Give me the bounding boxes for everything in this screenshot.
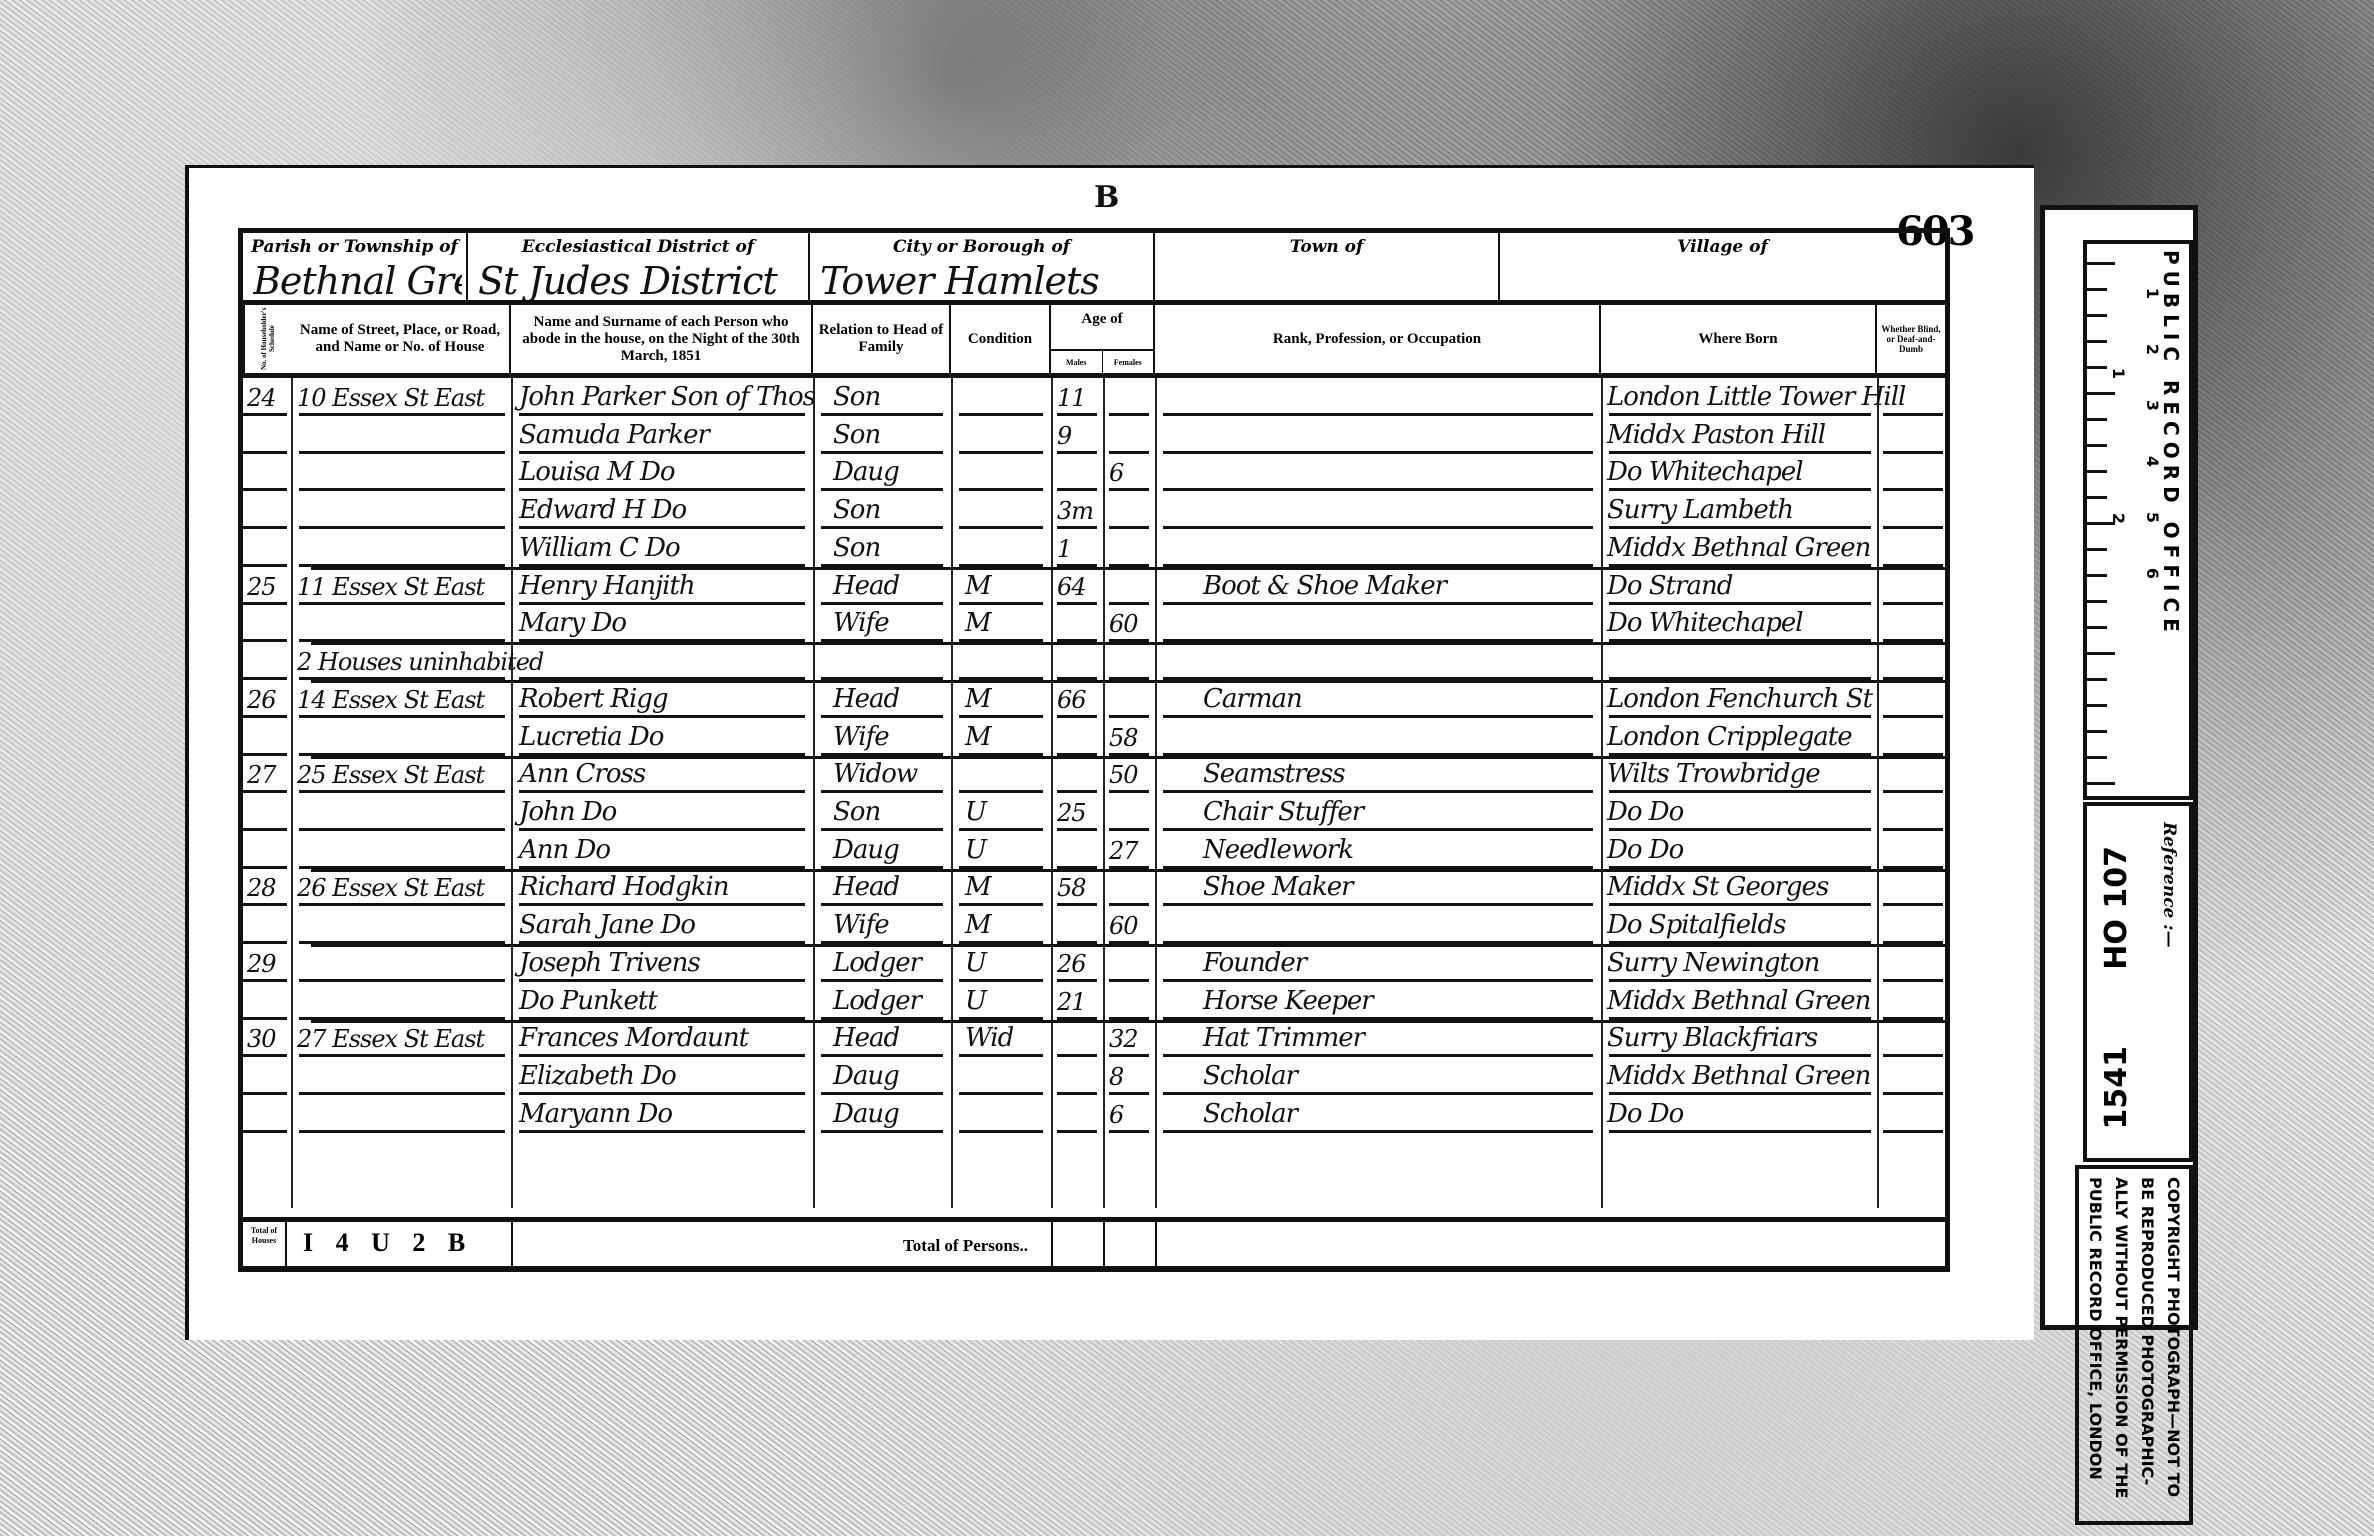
ruler-cm-label: 6 [2143,568,2162,579]
cell-occupation: Needlework [1203,835,1353,865]
cell-relation: Wife [833,608,889,638]
table-row: Lucretia DoWifeM58London Cripplegate [243,718,1945,756]
ruler-cm-label: 2 [2143,344,2162,355]
table-row: 2614 Essex St EastRobert RiggHeadM66Carm… [243,680,1945,718]
borough-value: Tower Hamlets [820,259,1149,303]
col-street: Name of Street, Place, or Road, and Name… [291,305,511,373]
reference-label: Reference :— [2159,822,2179,948]
cell-name: Maryann Do [519,1099,672,1129]
cell-relation: Lodger [833,986,921,1016]
cell-occupation: Chair Stuffer [1203,797,1363,827]
cell-condition: M [965,608,991,638]
ecclesiastical-cell: Ecclesiastical District of St Judes Dist… [468,233,810,300]
cell-condition: M [965,872,991,902]
col-age-label: Age of [1051,311,1153,328]
cell-name: Robert Rigg [519,684,668,714]
census-rows: 2410 Essex St EastJohn Parker Son of Tho… [243,378,1945,1208]
cell-where-born: Do Whitechapel [1607,608,1803,638]
cell-relation: Daug [833,835,899,865]
cell-relation: Son [833,797,880,827]
cell-occupation: Scholar [1203,1099,1297,1129]
cell-male-age: 25 [1057,799,1086,827]
cell-male-age: 21 [1057,988,1086,1016]
cell-relation: Son [833,382,880,412]
cell-where-born: Do Do [1607,835,1683,865]
cell-occupation: Carman [1203,684,1302,714]
cell-schedule: 26 [247,686,276,714]
cell-where-born: Do Do [1607,797,1683,827]
total-persons-label: Total of Persons.. [903,1236,1028,1256]
cell-schedule: 25 [247,573,276,601]
table-row: Louisa M DoDaug6Do Whitechapel [243,453,1945,491]
cell-where-born: London Cripplegate [1607,722,1852,752]
ruler-cm-label: 1 [2143,288,2162,299]
town-label: Town of [1155,237,1498,257]
col-age: Age of Males Females [1051,305,1155,373]
cell-schedule: 29 [247,950,276,978]
reference-value-folio: 1541 [2099,1046,2134,1130]
cell-male-age: 64 [1057,573,1086,601]
cell-female-age: 6 [1109,1101,1123,1129]
cell-name: Ann Do [519,835,610,865]
ecclesiastical-label: Ecclesiastical District of [468,237,808,257]
cell-relation: Head [833,872,899,902]
cell-name: Louisa M Do [519,457,674,487]
table-row: John DoSonU25Chair StufferDo Do [243,793,1945,831]
cell-relation: Daug [833,1061,899,1091]
parish-cell: Parish or Township of Bethnal Green [243,233,468,300]
cell-schedule: 30 [247,1025,276,1053]
table-row: William C DoSon1Middx Bethnal Green [243,529,1945,567]
cell-occupation: Hat Trimmer [1203,1023,1364,1053]
cell-female-age: 60 [1109,912,1138,940]
cell-address: 10 Essex St East [297,384,484,412]
cell-female-age: 50 [1109,761,1138,789]
col-name: Name and Surname of each Person who abod… [511,305,813,373]
table-row: 2511 Essex St EastHenry HanjithHeadM64Bo… [243,567,1945,605]
parish-value: Bethnal Green [253,259,462,303]
cell-relation: Daug [833,457,899,487]
cell-male-age: 9 [1057,422,1071,450]
cell-male-age: 3m [1057,497,1093,525]
cell-where-born: Middx Paston Hill [1607,420,1825,450]
cell-relation: Son [833,533,880,563]
cell-condition: U [965,797,986,827]
cell-where-born: Do Do [1607,1099,1683,1129]
cell-address: 26 Essex St East [297,874,484,902]
cell-address: 2 Houses uninhabited [297,648,543,676]
cell-condition: U [965,948,986,978]
cell-male-age: 11 [1057,384,1086,412]
cell-condition: M [965,571,991,601]
total-houses-label: Total of Houses [245,1226,283,1246]
copyright-line: COPYRIGHT PHOTOGRAPH—NOT TO [2163,1177,2183,1497]
cell-female-age: 60 [1109,610,1138,638]
ruler-in-label: 2 [2109,513,2128,524]
cell-relation: Wife [833,910,889,940]
cell-where-born: Surry Blackfriars [1607,1023,1817,1053]
copyright-notice: COPYRIGHT PHOTOGRAPH—NOT TOBE REPRODUCED… [2075,1165,2193,1525]
cell-name: Henry Hanjith [519,571,695,601]
cell-address: 11 Essex St East [297,573,484,601]
cell-name: Frances Mordaunt [519,1023,748,1053]
table-row: 2410 Essex St EastJohn Parker Son of Tho… [243,378,1945,416]
col-schedule: No. of Householder's Schedule [243,305,291,373]
cell-address: 27 Essex St East [297,1025,484,1053]
cell-relation: Son [833,420,880,450]
sheet-mark: B [1094,180,1119,215]
cell-where-born: Surry Newington [1607,948,1819,978]
cell-where-born: Middx St Georges [1607,872,1828,902]
col-age-females: Females [1103,351,1154,373]
cell-condition: Wid [965,1023,1013,1053]
col-where-born: Where Born [1601,305,1877,373]
cell-where-born: Middx Bethnal Green [1607,533,1870,563]
cell-where-born: London Little Tower Hill [1607,382,1905,412]
village-cell: Village of [1500,233,1945,300]
cell-occupation: Scholar [1203,1061,1297,1091]
location-header: Parish or Township of Bethnal Green Eccl… [243,233,1945,305]
cell-condition: M [965,910,991,940]
cell-schedule: 27 [247,761,276,789]
table-row: 29Joseph TrivensLodgerU26FounderSurry Ne… [243,944,1945,982]
cell-condition: M [965,684,991,714]
parish-label: Parish or Township of [243,237,466,257]
cell-occupation: Founder [1203,948,1306,978]
ruler-cm-label: 4 [2143,456,2162,467]
table-row: Do PunkettLodgerU21Horse KeeperMiddx Bet… [243,982,1945,1020]
cell-where-born: Wilts Trowbridge [1607,759,1820,789]
table-row: Samuda ParkerSon9Middx Paston Hill [243,416,1945,454]
cell-condition: U [965,986,986,1016]
census-form: Parish or Township of Bethnal Green Eccl… [238,228,1950,1272]
cell-occupation: Horse Keeper [1203,986,1373,1016]
cell-where-born: Do Whitechapel [1607,457,1803,487]
cell-relation: Wife [833,722,889,752]
cell-name: Sarah Jane Do [519,910,695,940]
ruler-in-label: 1 [2109,368,2128,379]
town-cell: Town of [1155,233,1500,300]
cell-where-born: Do Spitalfields [1607,910,1785,940]
total-houses-value: I 4 U 2 B [303,1228,473,1258]
cell-where-born: London Fenchurch St [1607,684,1872,714]
ruler-cm-label: 5 [2143,512,2162,523]
cell-female-age: 6 [1109,459,1123,487]
cell-name: Joseph Trivens [519,948,700,978]
borough-cell: City or Borough of Tower Hamlets [810,233,1155,300]
scale-ruler: PUBLIC RECORD OFFICE 12345612 [2083,240,2193,800]
table-row: Mary DoWifeM60Do Whitechapel [243,604,1945,642]
cell-name: John Parker Son of Thos [519,382,815,412]
cell-female-age: 27 [1109,837,1138,865]
totals-row: Total of Houses I 4 U 2 B Total of Perso… [243,1217,1945,1266]
copyright-line: ALLY WITHOUT PERMISSION OF THE [2111,1177,2131,1498]
cell-male-age: 1 [1057,535,1071,563]
table-row: Maryann DoDaug6ScholarDo Do [243,1095,1945,1133]
table-row: 2826 Essex St EastRichard HodgkinHeadM58… [243,868,1945,906]
cell-occupation: Seamstress [1203,759,1345,789]
cell-occupation: Boot & Shoe Maker [1203,571,1446,601]
office-label: PUBLIC RECORD OFFICE [2159,250,2183,638]
cell-female-age: 58 [1109,724,1138,752]
col-occupation: Rank, Profession, or Occupation [1155,305,1601,373]
cell-occupation: Shoe Maker [1203,872,1353,902]
cell-female-age: 8 [1109,1063,1123,1091]
borough-label: City or Borough of [810,237,1153,257]
village-label: Village of [1500,237,1945,257]
table-row: 2725 Essex St EastAnn CrossWidow50Seamst… [243,755,1945,793]
table-row: Ann DoDaugU27NeedleworkDo Do [243,831,1945,869]
cell-relation: Widow [833,759,917,789]
cell-condition: M [965,722,991,752]
cell-name: Do Punkett [519,986,657,1016]
cell-name: Mary Do [519,608,626,638]
cell-condition: U [965,835,986,865]
record-office-strip: PUBLIC RECORD OFFICE 12345612 Reference … [2040,205,2198,1330]
cell-name: Richard Hodgkin [519,872,728,902]
cell-where-born: Middx Bethnal Green [1607,986,1870,1016]
cell-schedule: 28 [247,874,276,902]
table-row: Elizabeth DoDaug8ScholarMiddx Bethnal Gr… [243,1057,1945,1095]
col-condition: Condition [951,305,1051,373]
cell-male-age: 58 [1057,874,1086,902]
cell-name: John Do [519,797,616,827]
cell-relation: Head [833,1023,899,1053]
table-row: Sarah Jane DoWifeM60Do Spitalfields [243,906,1945,944]
cell-name: Samuda Parker [519,420,709,450]
cell-name: Ann Cross [519,759,645,789]
cell-address: 25 Essex St East [297,761,484,789]
cell-male-age: 26 [1057,950,1086,978]
table-row: Edward H DoSon3mSurry Lambeth [243,491,1945,529]
cell-schedule: 24 [247,384,276,412]
table-row: 3027 Essex St EastFrances MordauntHeadWi… [243,1019,1945,1057]
cell-relation: Lodger [833,948,921,978]
col-age-males: Males [1051,351,1103,373]
cell-name: Lucretia Do [519,722,663,752]
cell-where-born: Do Strand [1607,571,1732,601]
cell-name: Edward H Do [519,495,686,525]
reference-box: Reference :— HO 107 1541 [2083,802,2193,1162]
column-headers: No. of Householder's Schedule Name of St… [243,305,1945,378]
cell-where-born: Middx Bethnal Green [1607,1061,1870,1091]
cell-relation: Head [833,684,899,714]
copyright-line: BE REPRODUCED PHOTOGRAPHIC- [2137,1177,2157,1485]
cell-name: Elizabeth Do [519,1061,676,1091]
cell-female-age: 32 [1109,1025,1138,1053]
cell-male-age: 66 [1057,686,1086,714]
ecclesiastical-value: St Judes District [478,259,804,303]
ruler-cm-label: 3 [2143,400,2162,411]
copyright-line: PUBLIC RECORD OFFICE, LONDON [2085,1177,2105,1480]
cell-address: 14 Essex St East [297,686,484,714]
reference-value-piece: HO 107 [2099,846,2134,970]
cell-relation: Daug [833,1099,899,1129]
cell-where-born: Surry Lambeth [1607,495,1793,525]
cell-relation: Son [833,495,880,525]
table-row: 2 Houses uninhabited [243,642,1945,680]
cell-name: William C Do [519,533,680,563]
cell-relation: Head [833,571,899,601]
col-blind: Whether Blind, or Deaf-and-Dumb [1877,305,1945,373]
col-relation: Relation to Head of Family [813,305,951,373]
